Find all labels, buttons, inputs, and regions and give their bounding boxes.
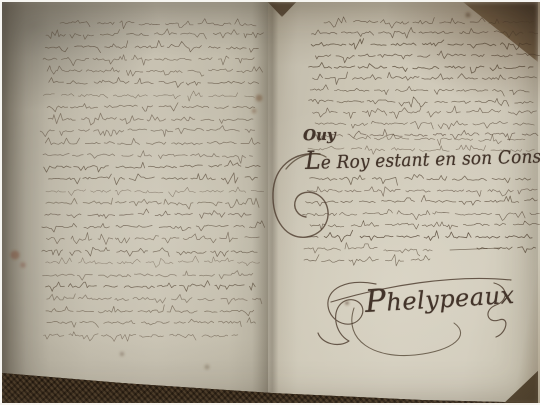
book-gutter	[252, 2, 298, 403]
left-page	[2, 2, 268, 403]
manuscript-photo: Ouy Le Roy estant en son Conseil Phelype…	[0, 0, 540, 405]
right-page	[268, 2, 540, 403]
ouy-word: Ouy	[303, 126, 336, 145]
